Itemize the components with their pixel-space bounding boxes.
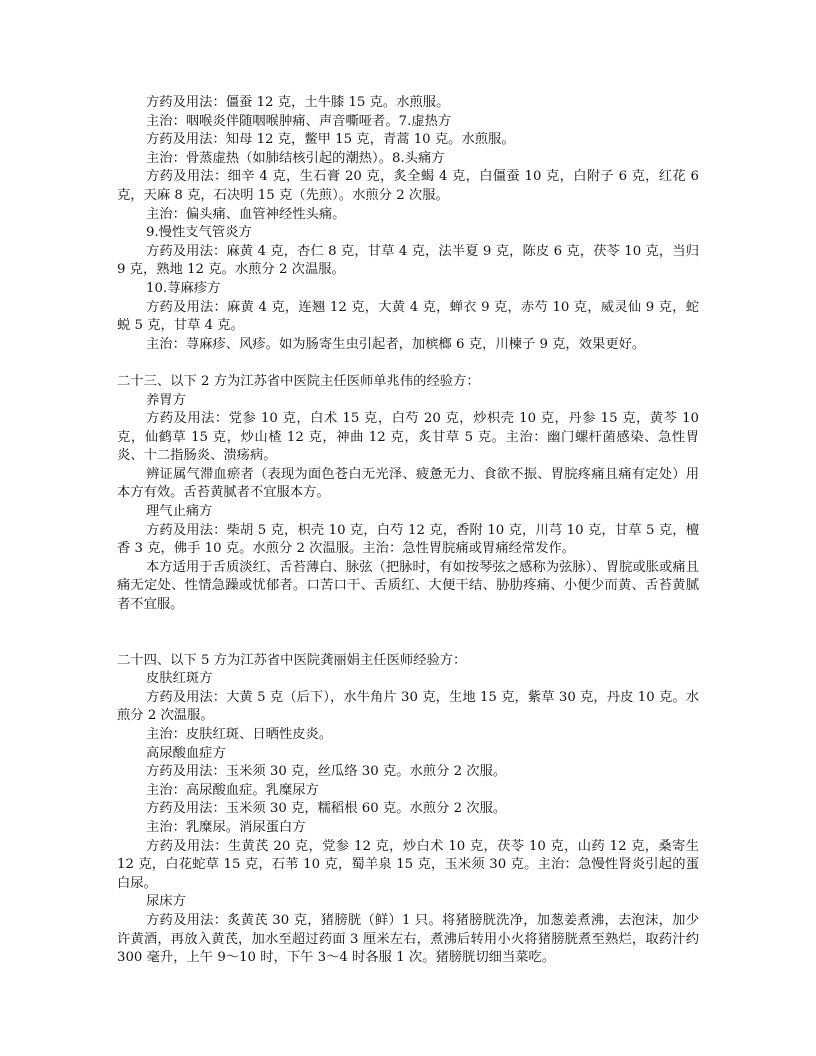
paragraph: 方药及用法：玉米须 30 克，糯稻根 60 克。水煎分 2 次服。: [117, 800, 699, 819]
paragraph: 方药及用法：大黄 5 克（后下），水牛角片 30 克，生地 15 克，紫草 30…: [117, 689, 699, 726]
paragraph: 方药及用法：玉米须 30 克，丝瓜络 30 克。水煎分 2 次服。: [117, 763, 699, 782]
paragraph: 本方适用于舌质淡红、舌苔薄白、脉弦（把脉时，有如按琴弦之感称为弦脉）、胃脘或胀或…: [117, 559, 699, 615]
paragraph: 方药及用法：麻黄 4 克，连翘 12 克，大黄 4 克，蝉衣 9 克，赤芍 10…: [117, 299, 699, 336]
paragraph: 方药及用法：炙黄芪 30 克，猪膀胱（鲜）1 只。将猪膀胱洗净，加葱姜煮沸，去泡…: [117, 912, 699, 968]
recipe-title: 9.慢性支气管炎方: [117, 224, 699, 243]
paragraph: 方药及用法：细辛 4 克，生石膏 20 克，炙全蝎 4 克，白僵蚕 10 克，白…: [117, 168, 699, 205]
recipe-title: 皮肤红斑方: [117, 670, 699, 689]
recipe-title: 高尿酸血症方: [117, 745, 699, 764]
section-heading: 二十四、以下 5 方为江苏省中医院龚丽娟主任医师经验方：: [117, 652, 699, 671]
recipe-title: 理气止痛方: [117, 503, 699, 522]
paragraph: 方药及用法：麻黄 4 克，杏仁 8 克，甘草 4 克，法半夏 9 克，陈皮 6 …: [117, 243, 699, 280]
paragraph: 主治：骨蒸虚热（如肺结核引起的潮热）。8.头痛方: [117, 150, 699, 169]
paragraph: 主治：咽喉炎伴随咽喉肿痛、声音嘶哑者。7.虚热方: [117, 113, 699, 132]
spacer: [117, 354, 699, 373]
paragraph: 主治：荨麻疹、风疹。如为肠寄生虫引起者，加槟榔 6 克，川楝子 9 克，效果更好…: [117, 336, 699, 355]
recipe-title: 尿床方: [117, 893, 699, 912]
paragraph: 方药及用法：生黄芪 20 克，党参 12 克，炒白术 10 克，茯苓 10 克，…: [117, 838, 699, 894]
paragraph: 主治：皮肤红斑、日晒性皮炎。: [117, 726, 699, 745]
paragraph: 方药及用法：僵蚕 12 克，土牛膝 15 克。水煎服。: [117, 94, 699, 113]
paragraph: 主治：乳糜尿。消尿蛋白方: [117, 819, 699, 838]
recipe-title: 10.荨麻疹方: [117, 280, 699, 299]
recipe-title: 养胃方: [117, 392, 699, 411]
document-page: 方药及用法：僵蚕 12 克，土牛膝 15 克。水煎服。 主治：咽喉炎伴随咽喉肿痛…: [117, 94, 699, 968]
paragraph: 方药及用法：知母 12 克，鳖甲 15 克，青蒿 10 克。水煎服。: [117, 131, 699, 150]
paragraph: 方药及用法：柴胡 5 克，枳壳 10 克，白芍 12 克，香附 10 克，川芎 …: [117, 522, 699, 559]
section-heading: 二十三、以下 2 方为江苏省中医院主任医师单兆伟的经验方：: [117, 373, 699, 392]
spacer: [117, 615, 699, 652]
paragraph: 主治：高尿酸血症。乳糜尿方: [117, 782, 699, 801]
paragraph: 主治：偏头痛、血管神经性头痛。: [117, 206, 699, 225]
paragraph: 辨证属气滞血瘀者（表现为面色苍白无光泽、疲惫无力、食欲不振、胃脘疼痛且痛有定处）…: [117, 466, 699, 503]
paragraph: 方药及用法：党参 10 克，白术 15 克，白芍 20 克，炒枳壳 10 克，丹…: [117, 410, 699, 466]
